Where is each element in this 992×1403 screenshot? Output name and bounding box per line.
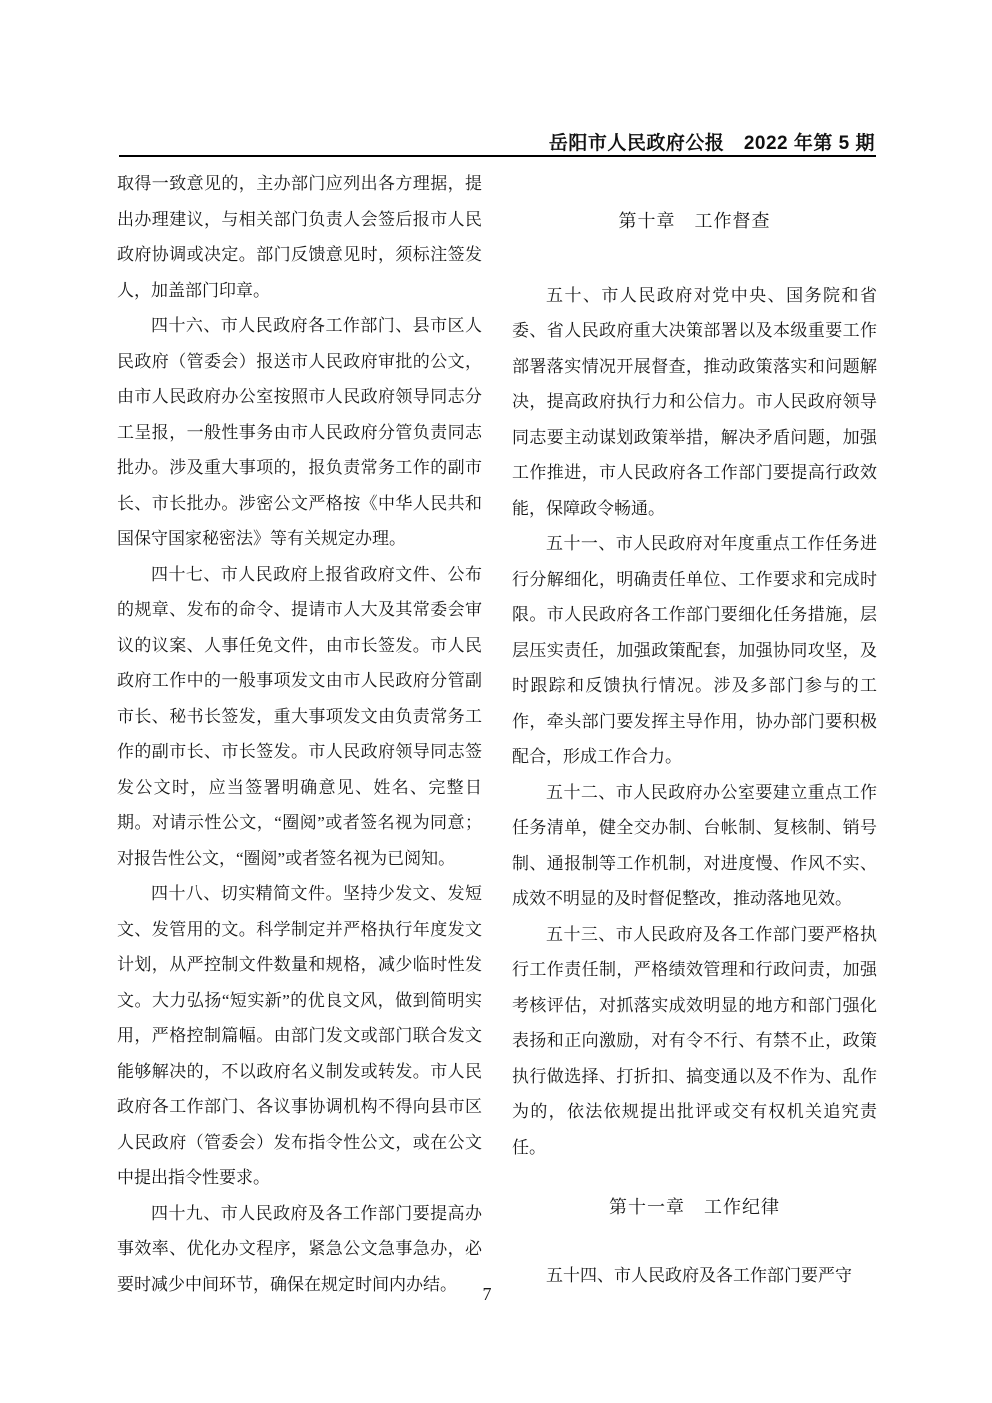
body-paragraph: 四十七、市人民政府上报省政府文件、公布的规章、发布的命令、提请市人大及其常委会审… (117, 557, 482, 877)
body-paragraph: 取得一致意见的，主办部门应列出各方理据，提出办理建议，与相关部门负责人会签后报市… (117, 166, 482, 308)
body-paragraph: 四十六、市人民政府各工作部门、县市区人民政府（管委会）报送市人民政府审批的公文，… (117, 308, 482, 557)
gazette-header-title: 岳阳市人民政府公报 2022 年第 5 期 (549, 128, 875, 155)
body-paragraph: 四十八、切实精简文件。坚持少发文、发短文、发管用的文。科学制定并严格执行年度发文… (117, 876, 482, 1196)
chapter-heading: 第十一章 工作纪律 (512, 1190, 877, 1226)
body-paragraph: 五十四、市人民政府及各工作部门要严守 (512, 1258, 877, 1294)
header-rule (119, 155, 876, 157)
page-content: 取得一致意见的，主办部门应列出各方理据，提出办理建议，与相关部门负责人会签后报市… (117, 166, 877, 1302)
chapter-heading: 第十章 工作督查 (512, 204, 877, 240)
body-paragraph: 五十二、市人民政府办公室要建立重点工作任务清单，健全交办制、台帐制、复核制、销号… (512, 775, 877, 917)
body-paragraph: 五十一、市人民政府对年度重点工作任务进行分解细化，明确责任单位、工作要求和完成时… (512, 526, 877, 775)
right-column: 第十章 工作督查五十、市人民政府对党中央、国务院和省委、省人民政府重大决策部署以… (512, 166, 877, 1293)
body-paragraph: 四十九、市人民政府及各工作部门要提高办事效率、优化办文程序，紧急公文急事急办，必… (117, 1196, 482, 1303)
page-number: 7 (452, 1284, 522, 1305)
document-page: 岳阳市人民政府公报 2022 年第 5 期 取得一致意见的，主办部门应列出各方理… (0, 0, 992, 1403)
body-paragraph: 五十、市人民政府对党中央、国务院和省委、省人民政府重大决策部署以及本级重要工作部… (512, 278, 877, 527)
left-column: 取得一致意见的，主办部门应列出各方理据，提出办理建议，与相关部门负责人会签后报市… (117, 166, 482, 1302)
body-paragraph: 五十三、市人民政府及各工作部门要严格执行工作责任制，严格绩效管理和行政问责，加强… (512, 917, 877, 1166)
